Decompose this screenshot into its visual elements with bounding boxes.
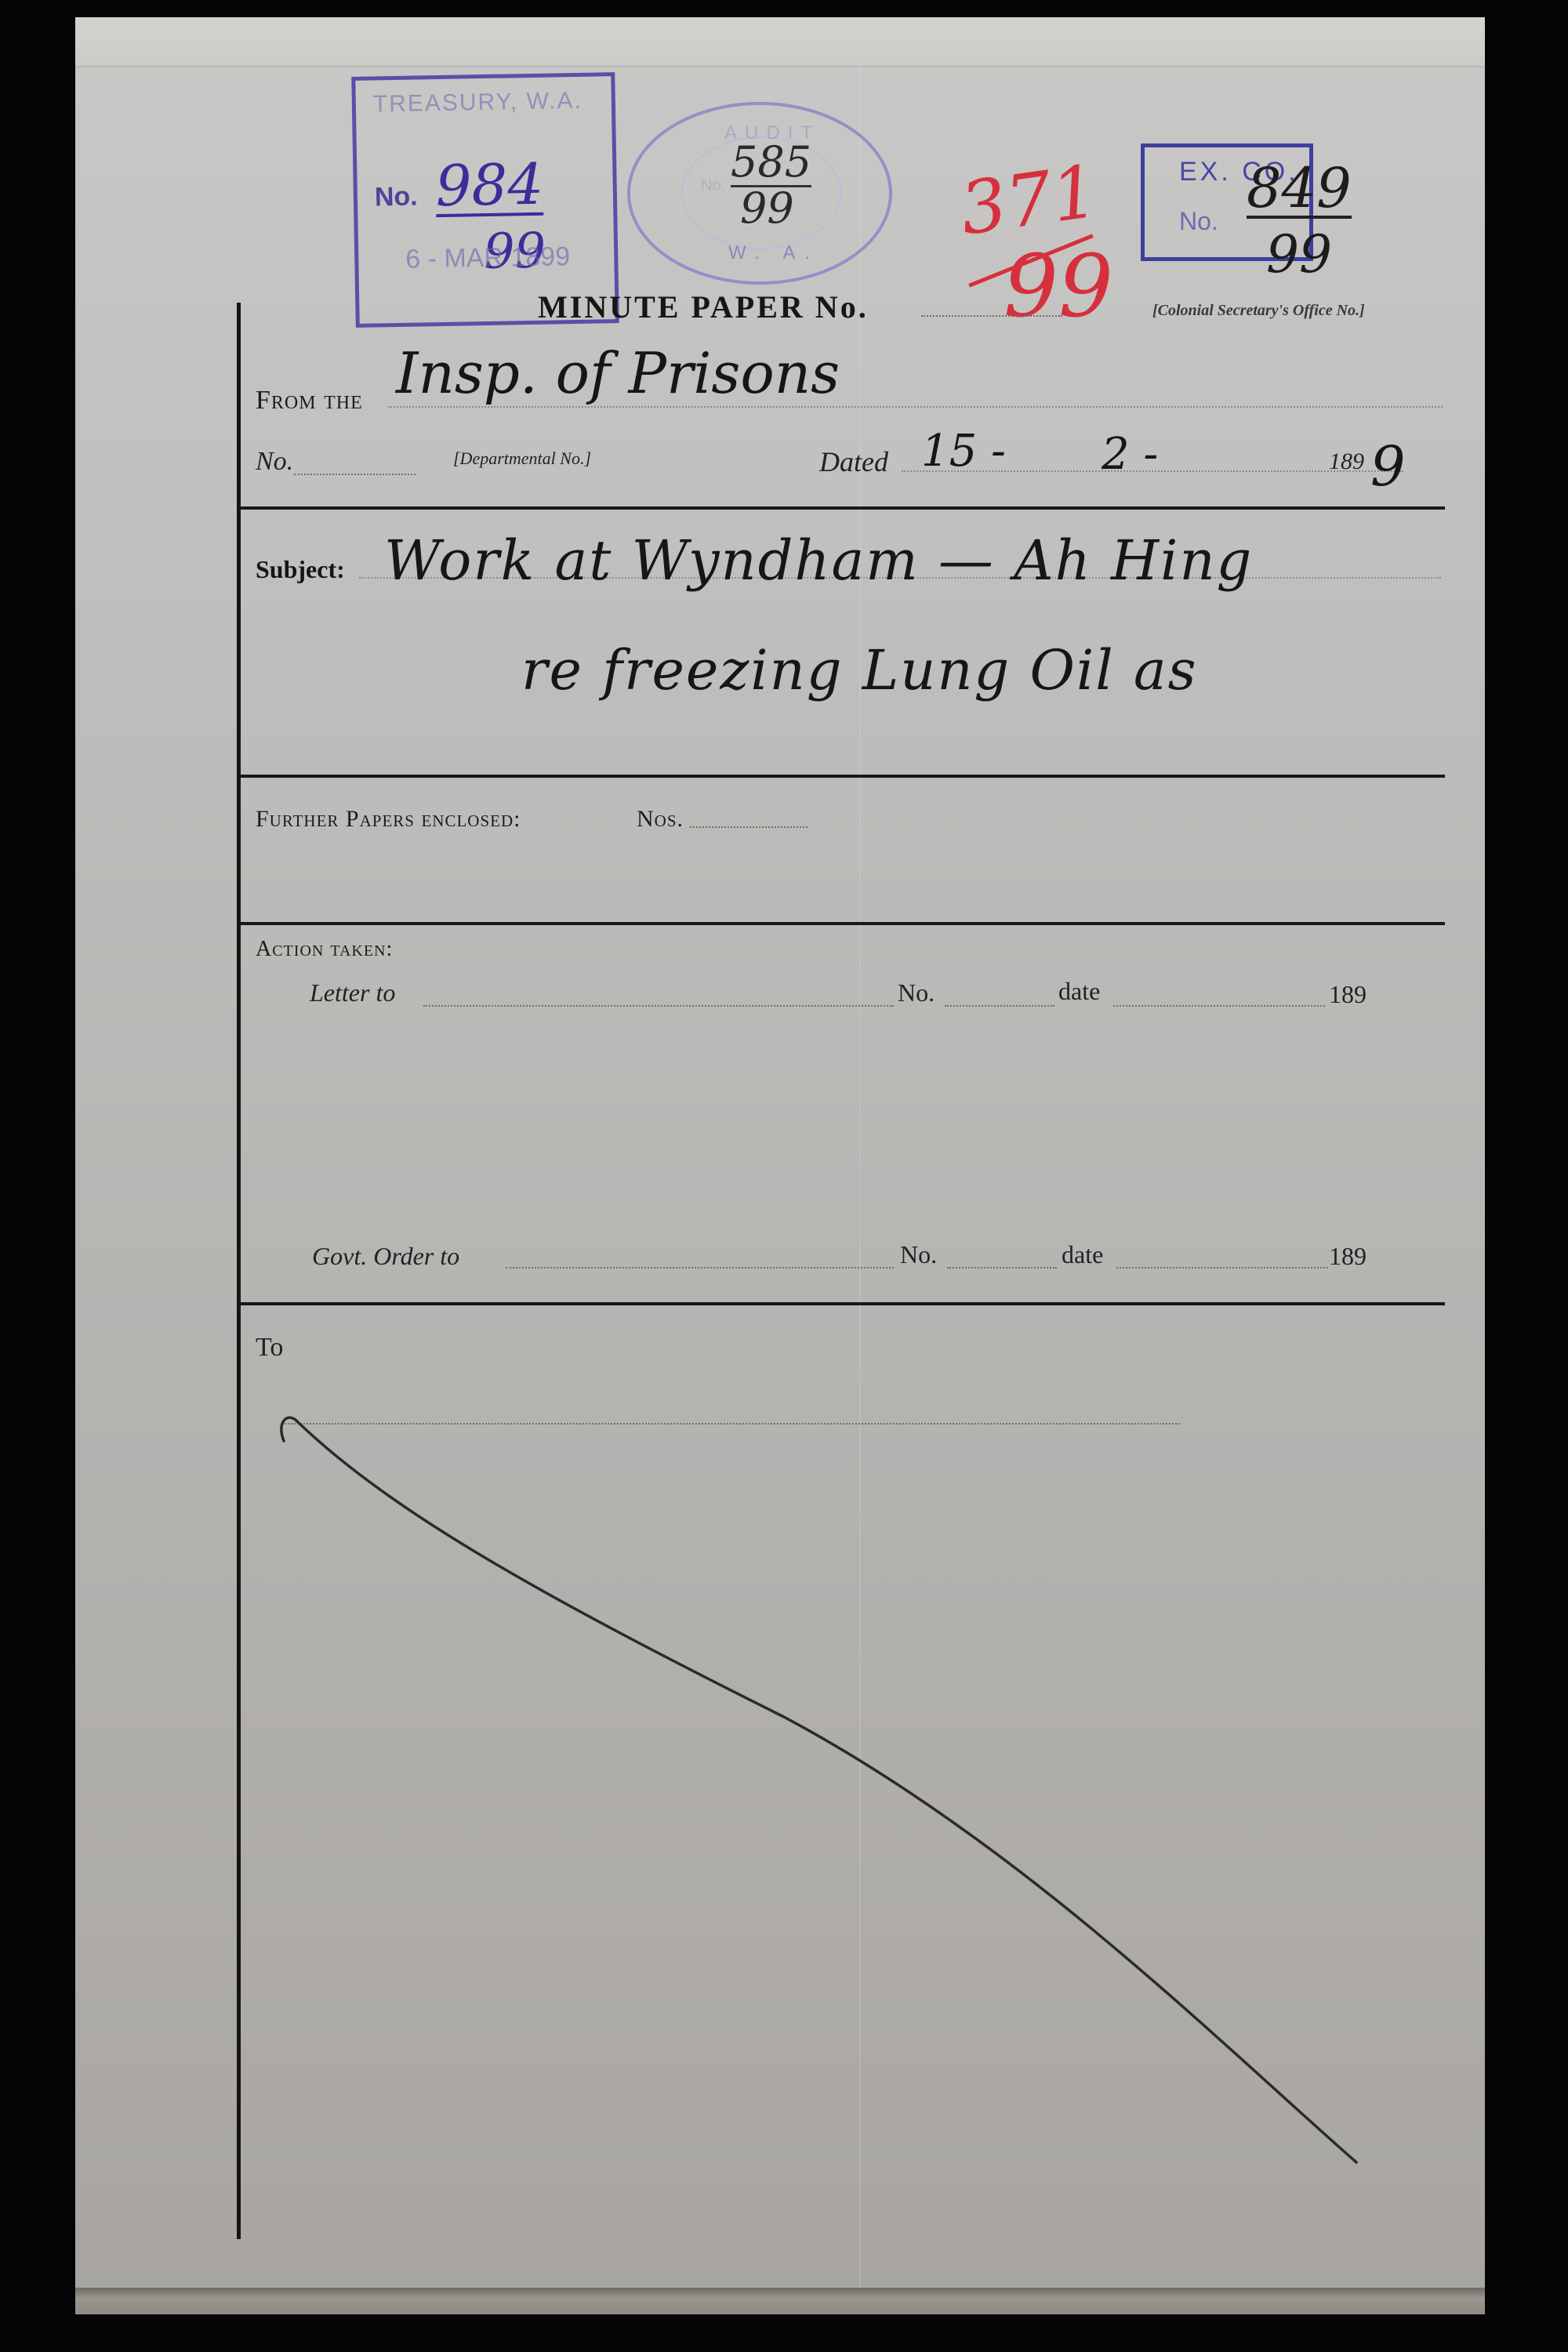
diagonal-cancel-stroke [0,0,1568,2352]
